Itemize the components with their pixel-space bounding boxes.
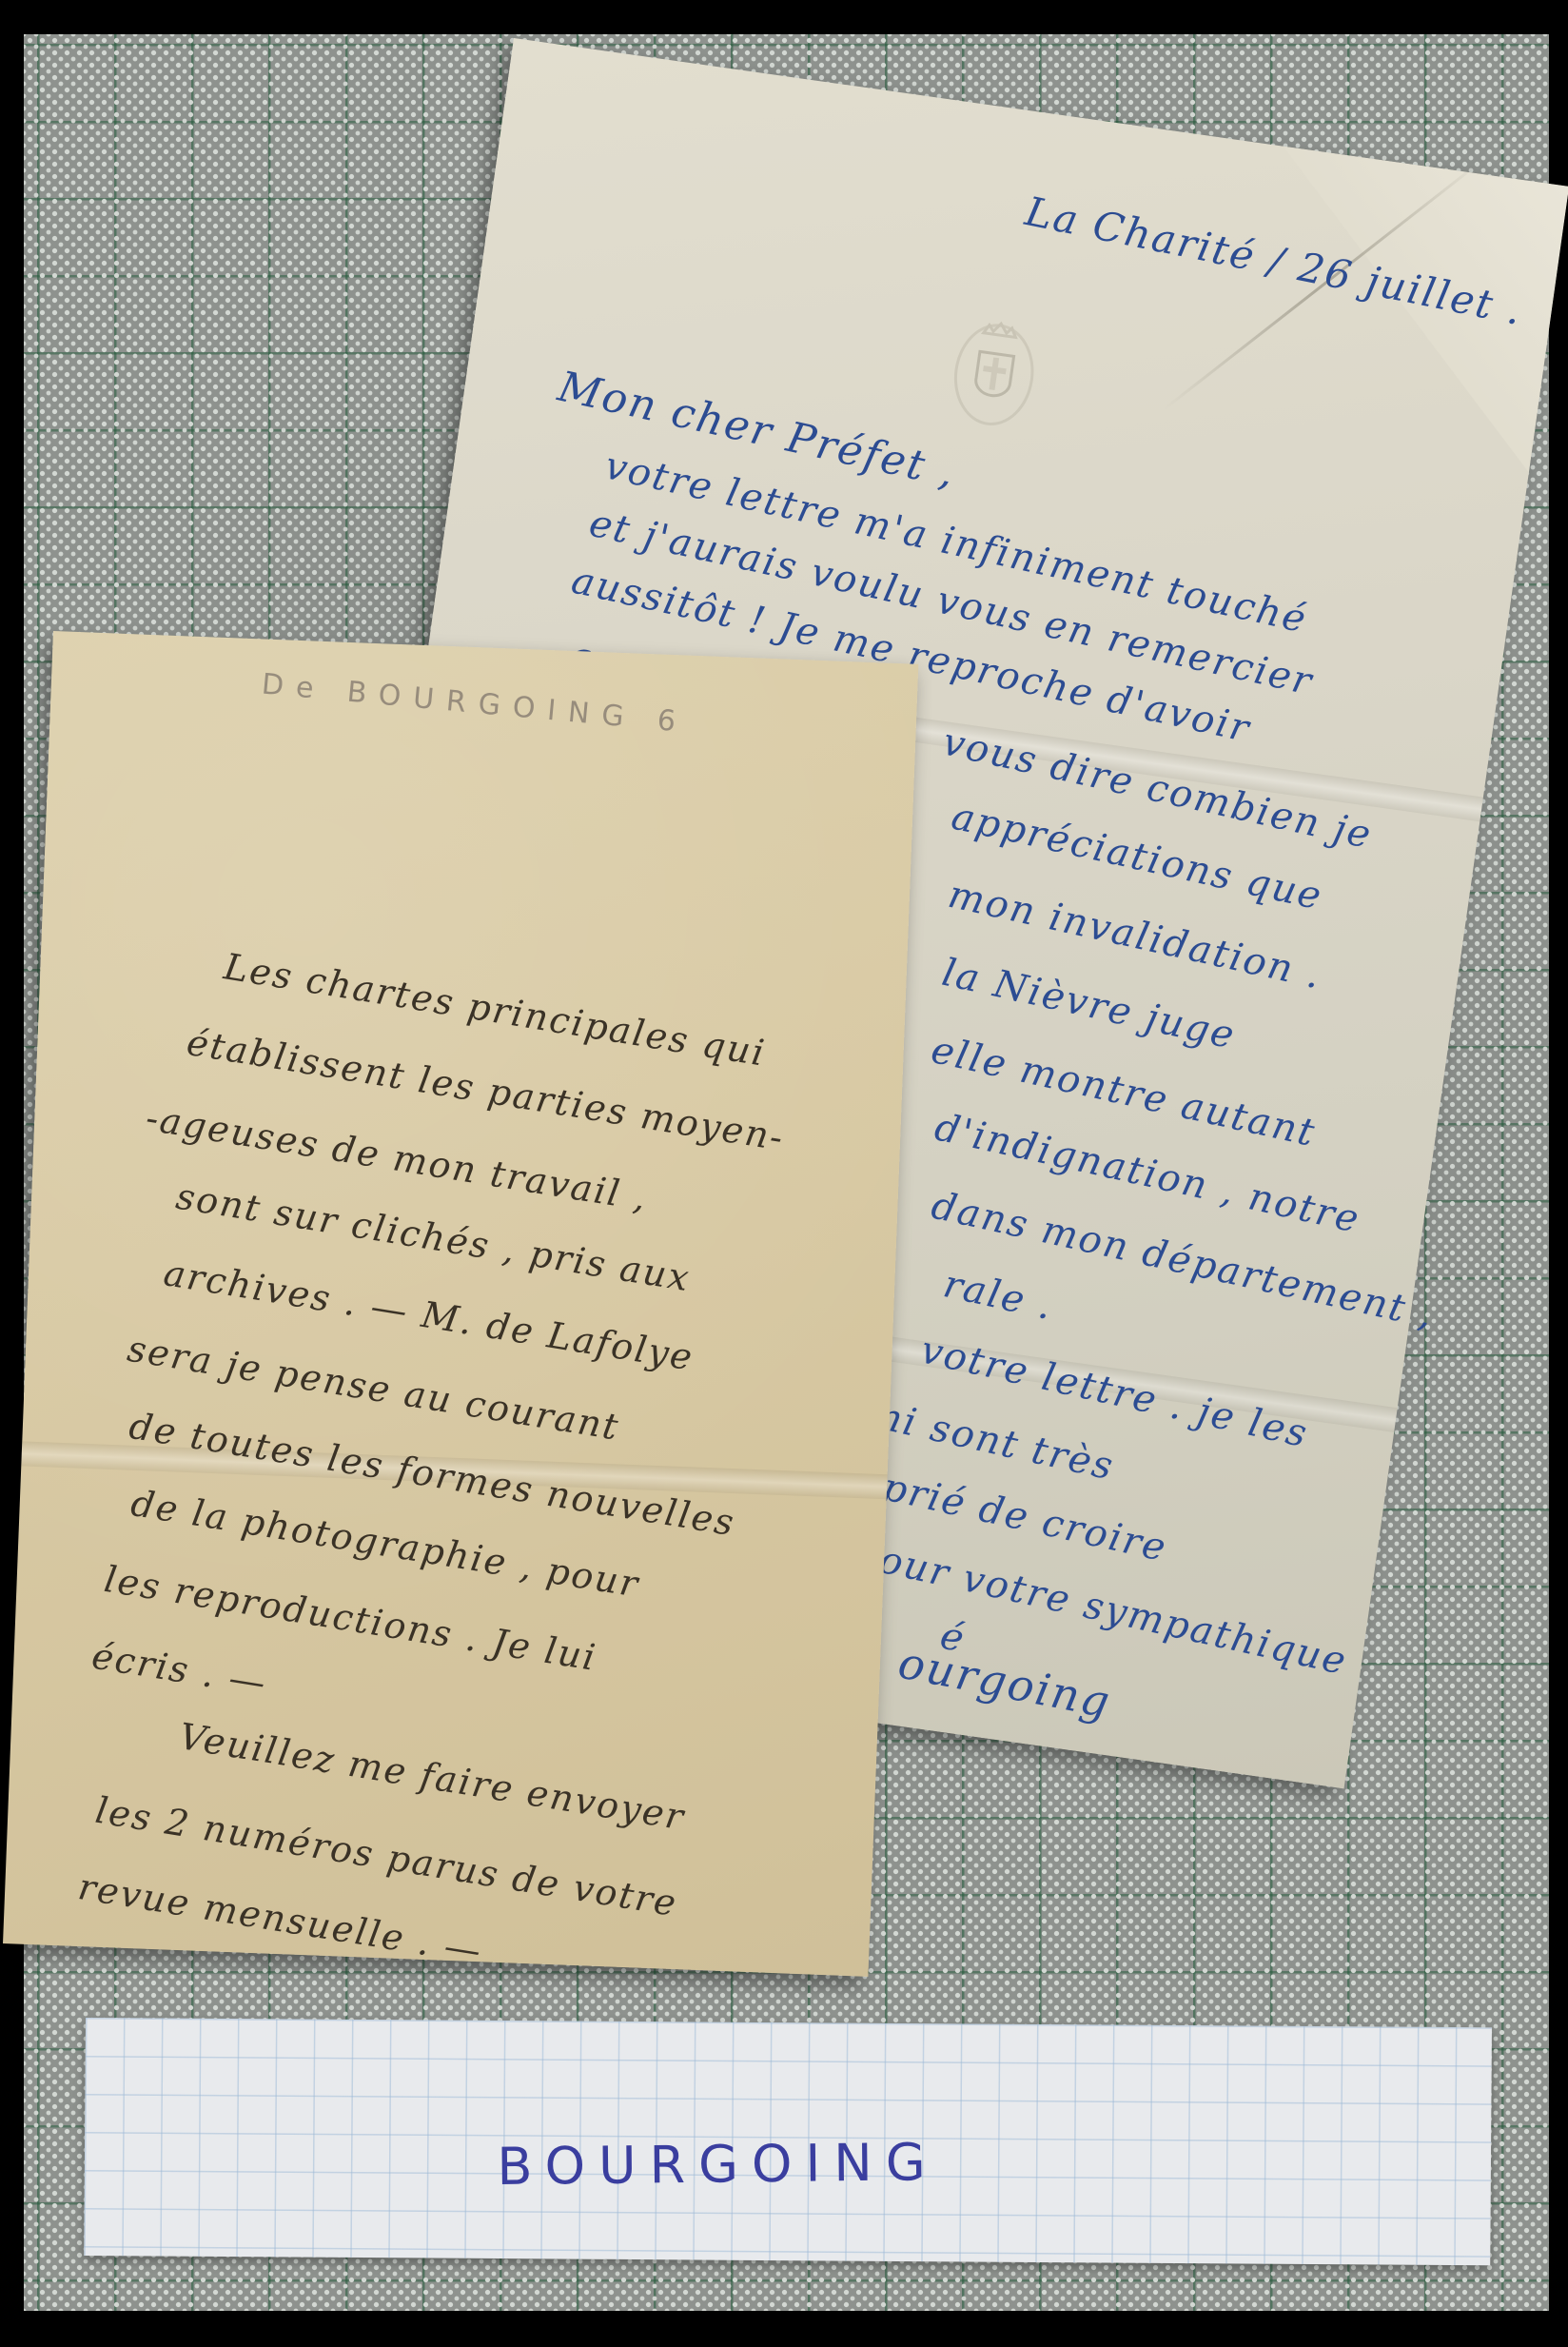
label-name-text: BOURGOING [497, 2132, 939, 2197]
signature: ourgoing [894, 1636, 1115, 1727]
handwritten-line: écris . — [89, 1634, 270, 1704]
cream-letter: De BOURGOING 6 Les chartes principales q… [3, 631, 918, 1977]
embossed-crest-seal-icon [934, 306, 1054, 439]
name-label-strip: BOURGOING [84, 2018, 1492, 2265]
handwritten-line: rale . [939, 1262, 1057, 1329]
pencil-annotation: De BOURGOING 6 [261, 668, 690, 740]
photo-of-letters: La Charité / 26 juillet . Mon cher Préfe… [0, 0, 1568, 2347]
